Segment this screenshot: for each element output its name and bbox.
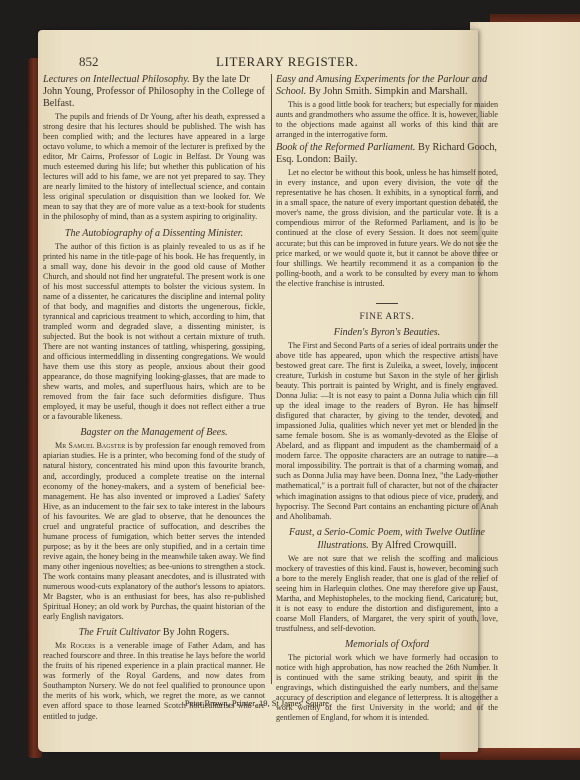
review-body-parliament: Let no elector be without this book, unl…: [276, 168, 498, 289]
review-title-italic: Book of the Reformed Parliament.: [276, 142, 415, 153]
column-divider: [271, 74, 272, 684]
right-column: Easy and Amusing Experiments for the Par…: [276, 72, 498, 723]
printer-imprint: Peter Brown, Printer, 19, St James' Squa…: [38, 698, 478, 708]
review-body-experiments: This is a good little book for teachers;…: [276, 100, 498, 140]
review-text: is by profession far enough removed from…: [43, 441, 265, 621]
review-title-lectures: Lectures on Intellectual Philosophy. By …: [43, 74, 265, 110]
review-body-autobiography: The author of this fiction is as plainly…: [43, 242, 265, 423]
review-title-byline: By Alfred Crowquill.: [371, 540, 456, 551]
review-text: is a venerable image of Father Adam, and…: [43, 641, 265, 720]
review-title-fruit: The Fruit Cultivator By John Rogers.: [43, 626, 265, 639]
review-body-fruit: Mr Rogers is a venerable image of Father…: [43, 641, 265, 721]
review-lead: Mr Rogers: [55, 641, 96, 650]
review-title-oxford: Memorials of Oxford: [276, 638, 498, 651]
review-title-experiments: Easy and Amusing Experiments for the Par…: [276, 74, 498, 98]
page-number: 852: [79, 54, 99, 70]
review-body-oxford: The pictorial work which we have formerl…: [276, 653, 498, 723]
review-body-byron: The First and Second Parts of a series o…: [276, 341, 498, 522]
review-title-faust: Faust, a Serio-Comic Poem, with Twelve O…: [276, 526, 498, 552]
left-column: Lectures on Intellectual Philosophy. By …: [43, 72, 265, 722]
section-heading-fine-arts: FINE ARTS.: [276, 312, 498, 322]
review-body-faust: We are not sure that we relish the scoff…: [276, 554, 498, 634]
review-title-italic: Lectures on Intellectual Philosophy.: [43, 74, 190, 85]
running-head: LITERARY REGISTER.: [216, 54, 358, 70]
section-rule: [376, 303, 398, 304]
review-body-lectures: The pupils and friends of Dr Young, afte…: [43, 112, 265, 223]
review-title-parliament: Book of the Reformed Parliament. By Rich…: [276, 142, 498, 166]
review-title-italic: The Fruit Cultivator: [79, 627, 161, 638]
review-title-byron: Finden's Byron's Beauties.: [276, 326, 498, 339]
book-page: 852 LITERARY REGISTER. Lectures on Intel…: [38, 30, 478, 752]
review-title-byline: By John Smith. Simpkin and Marshall.: [309, 86, 468, 97]
review-title-bees: Bagster on the Management of Bees.: [43, 426, 265, 439]
review-body-bees: Mr Samuel Bagster is by profession far e…: [43, 441, 265, 622]
review-lead: Mr Samuel Bagster: [55, 441, 125, 450]
review-title-autobiography: The Autobiography of a Dissenting Minist…: [43, 227, 265, 240]
review-title-byline: By John Rogers.: [163, 627, 229, 638]
